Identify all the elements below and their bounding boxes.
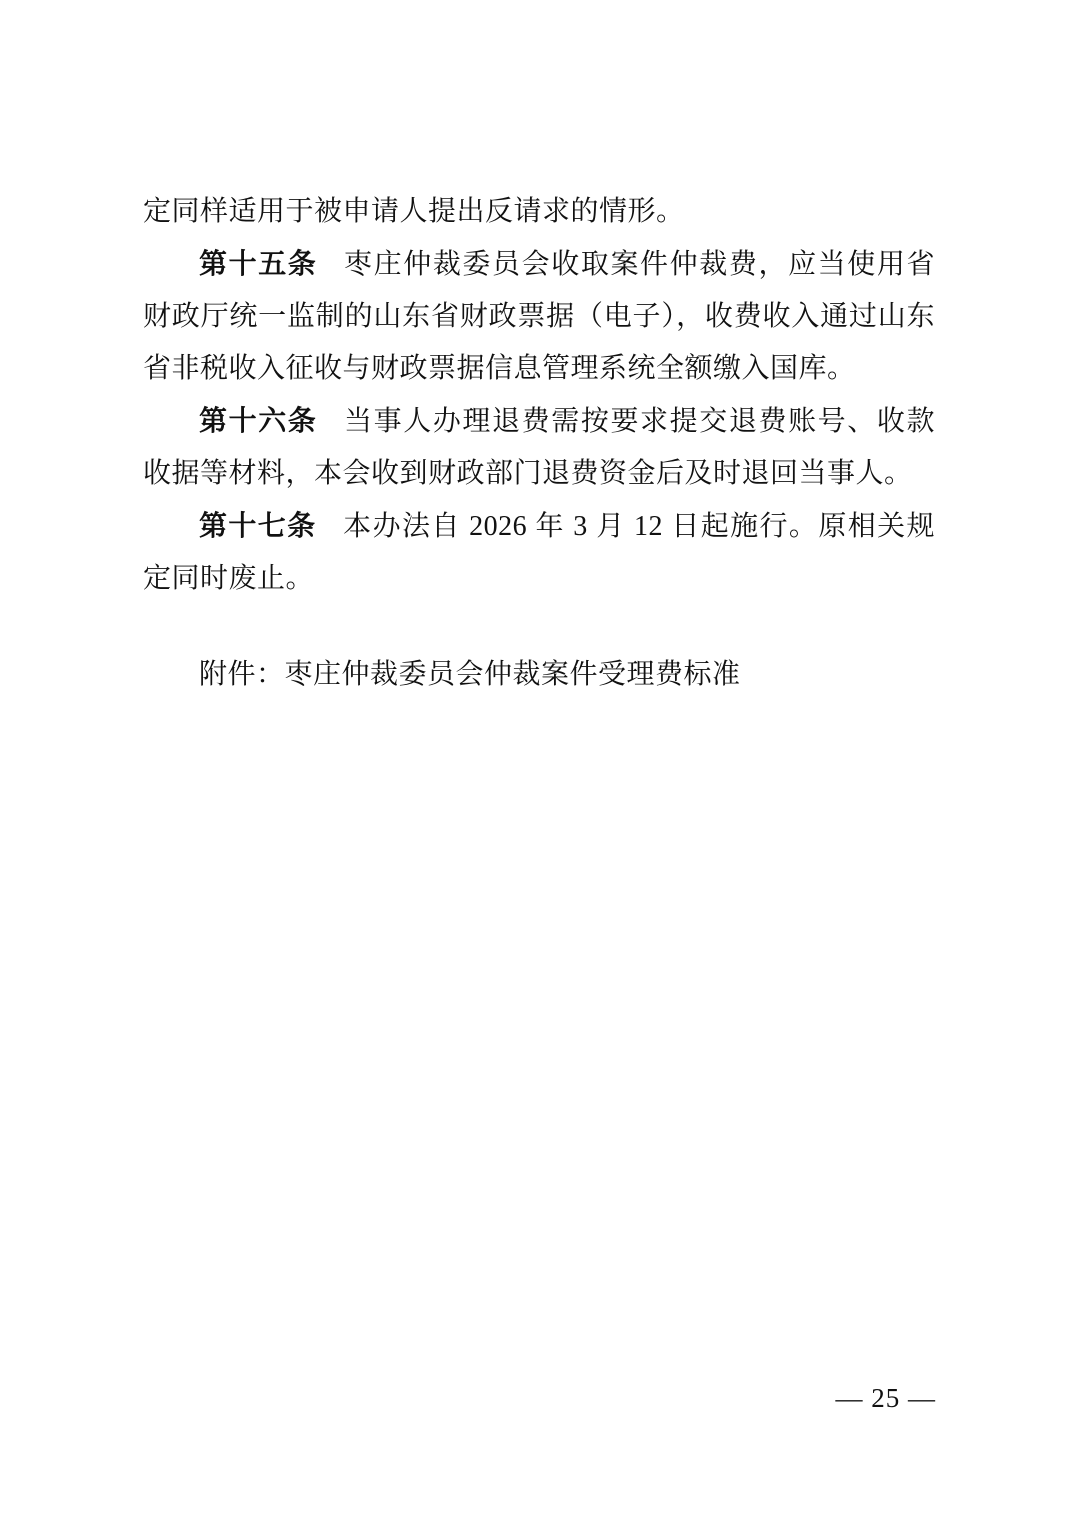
page-number: — 25 — [836, 1382, 937, 1414]
article-15-heading: 第十五条 [199, 248, 317, 279]
article-16-heading: 第十六条 [199, 405, 317, 436]
document-page: 定同样适用于被申请人提出反请求的情形。 第十五条枣庄仲裁委员会收取案件仲裁费，应… [0, 0, 1074, 1520]
attachment-label: 附件： [199, 659, 285, 690]
document-body: 定同样适用于被申请人提出反请求的情形。 第十五条枣庄仲裁委员会收取案件仲裁费，应… [143, 186, 935, 701]
paragraph-article-17: 第十七条本办法自 2026 年 3 月 12 日起施行。原相关规定同时废止。 [143, 500, 935, 605]
paragraph-continuation: 定同样适用于被申请人提出反请求的情形。 [143, 186, 935, 238]
paragraph-article-16: 第十六条当事人办理退费需按要求提交退费账号、收款收据等材料，本会收到财政部门退费… [143, 395, 935, 500]
attachment-line: 附件：枣庄仲裁委员会仲裁案件受理费标准 [143, 649, 935, 701]
article-17-heading: 第十七条 [199, 510, 317, 541]
paragraph-article-15: 第十五条枣庄仲裁委员会收取案件仲裁费，应当使用省财政厅统一监制的山东省财政票据（… [143, 238, 935, 395]
attachment-title: 枣庄仲裁委员会仲裁案件受理费标准 [285, 659, 741, 690]
